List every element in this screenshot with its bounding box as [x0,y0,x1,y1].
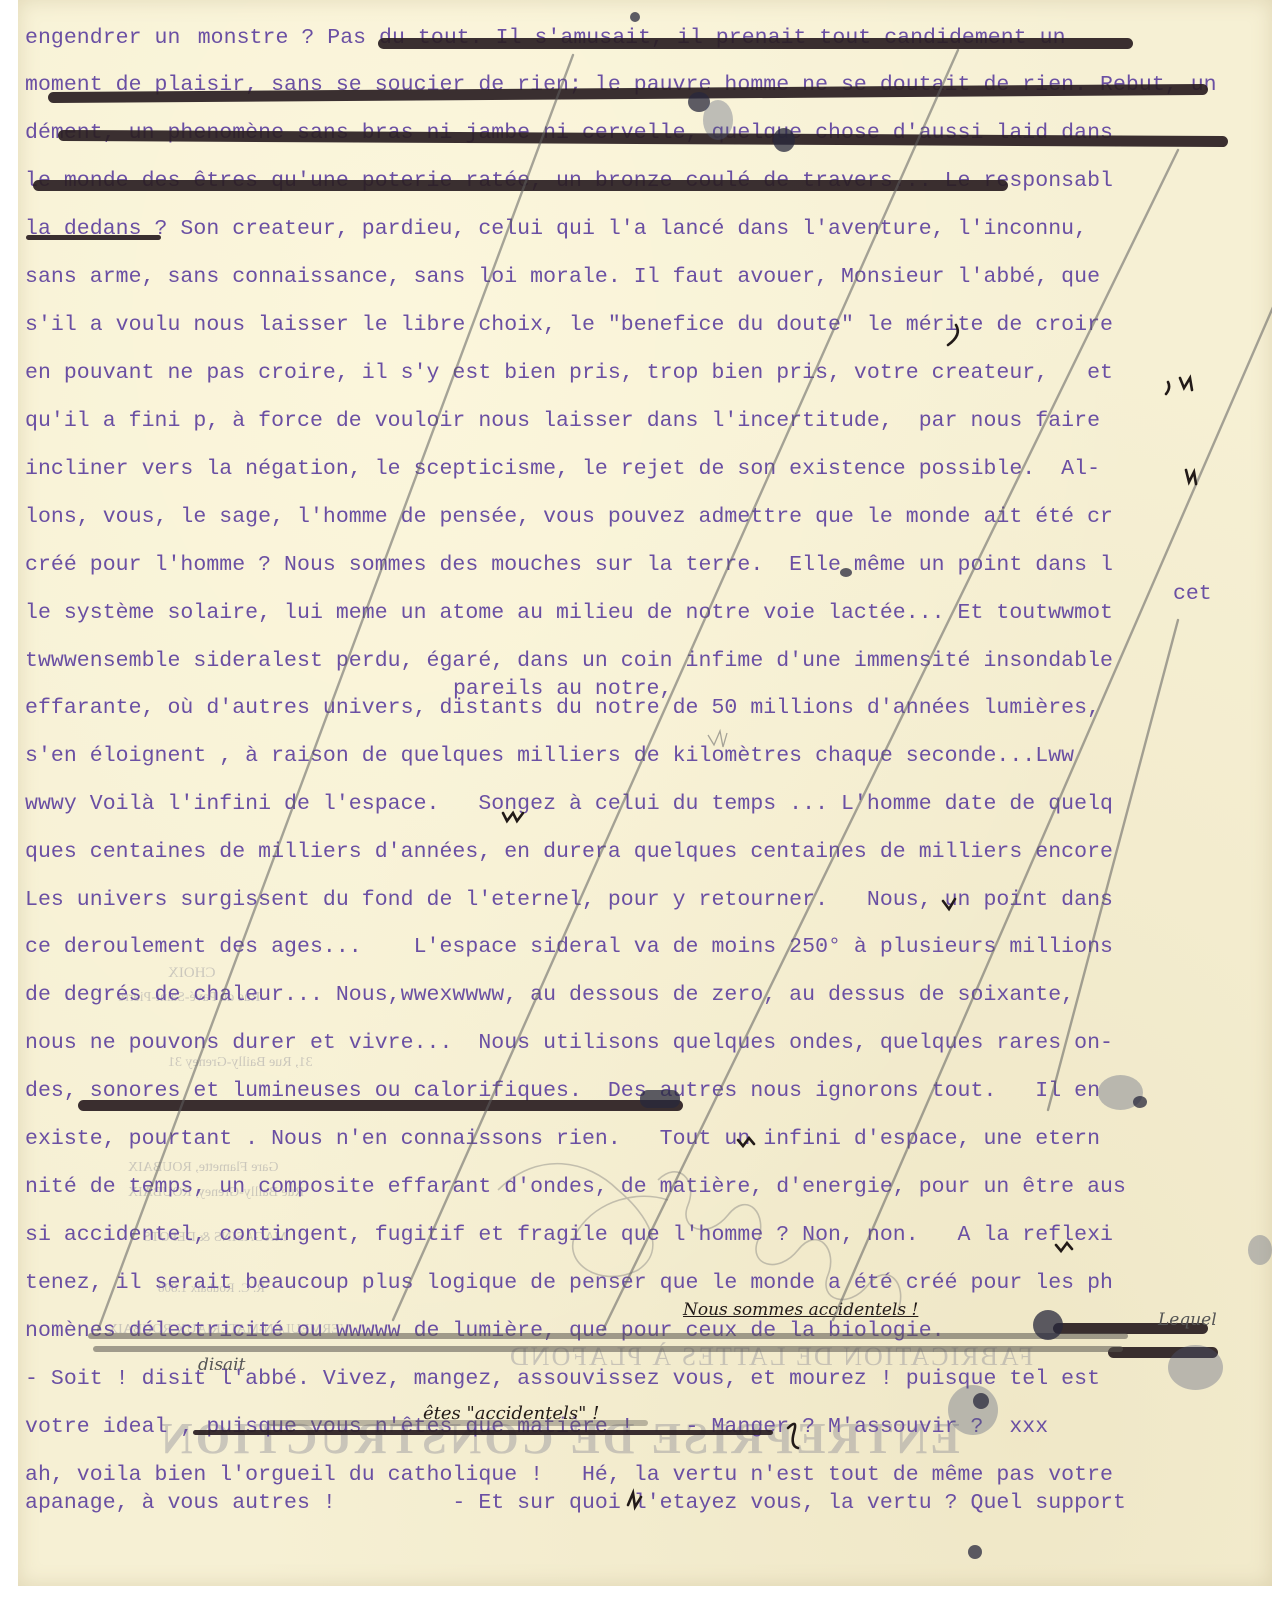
handwritten-annotation: Lequel [1158,1310,1217,1330]
ink-strikethrough [26,235,161,240]
typed-line: en pouvant ne pas croire, il s'y est bie… [25,363,1113,385]
typed-line: de degrés de chaleur... Nous,wwexwwww, a… [25,985,1074,1007]
typed-line: - Soit ! disit l'abbé. Vivez, mangez, as… [25,1369,1100,1391]
typed-line: créé pour l'homme ? Nous sommes des mouc… [25,555,1113,577]
letterhead-show-through: 31, Rue Bailly-Greney 31 [168,1055,313,1071]
handwritten-annotation: êtes "accidentels" ! [423,1403,599,1424]
typed-line: tenez, il serait beaucoup plus logique d… [25,1273,1113,1295]
typed-line: nomènes délectricité ou wwwww de lumière… [25,1321,945,1343]
handwritten-annotation: Nous sommes accidentels ! [683,1300,918,1320]
typed-line: qu'il a fini p, à force de vouloir nous … [25,411,1100,433]
typed-line: ah, voila bien l'orgueil du catholique !… [25,1465,1113,1487]
typed-line: s'il a voulu nous laisser le libre choix… [25,315,1113,337]
typed-line: ques centaines de milliers d'années, en … [25,842,1113,864]
ink-blot [1133,1096,1147,1108]
typed-line: nous ne pouvons durer et vivre... Nous u… [25,1033,1113,1055]
ink-blot [1168,1345,1223,1390]
typed-line: ce deroulement des ages... L'espace side… [25,937,1113,959]
typed-line: si accidentel, contingent, fugitif et fr… [25,1225,1113,1247]
ink-blot [640,1090,680,1108]
typed-line: le système solaire, lui meme un atome au… [25,603,1113,625]
ink-blot [1033,1310,1063,1340]
pencil-strikethrough [88,1333,1128,1339]
ink-strikethrough [193,1430,773,1435]
typed-line: Les univers surgissent du fond de l'eter… [25,890,1113,912]
typed-line: s'en éloignent , à raison de quelques mi… [25,746,1074,768]
ink-blot [773,128,795,152]
typed-line: twwwensemble sideralest perdu, égaré, da… [25,651,1113,673]
handwritten-annotation: disait [198,1355,245,1375]
ink-strikethrough [33,180,1008,191]
typed-line: wwwy Voilà l'infini de l'espace. Songez … [25,794,1113,816]
typed-line: nité de temps, un composite effarant d'o… [25,1177,1126,1199]
ink-strikethrough [78,1100,683,1111]
ink-blot [840,568,852,577]
typed-line: existe, pourtant . Nous n'en connaissons… [25,1129,1100,1151]
interlinear-insertion: cet [1173,582,1212,606]
interlinear-insertion: pareils au notre, [453,677,672,701]
typed-line: sans arme, sans connaissance, sans loi m… [25,267,1100,289]
ink-blot [948,1385,998,1435]
ink-blot [703,100,733,140]
typed-line: incliner vers la négation, le scepticism… [25,459,1100,481]
typed-line: la dedans ? Son createur, pardieu, celui… [25,219,1087,241]
ink-strikethrough [378,38,1133,49]
manuscript-page: CHOIX Rue du Pavé-Saint-Pierre 31, Rue B… [18,0,1272,1586]
ink-blot [973,1393,989,1409]
pencil-strikethrough [93,1346,1123,1352]
typed-line: lons, vous, le sage, l'homme de pensée, … [25,507,1113,529]
typed-line: effarante, où d'autres univers, distants… [25,698,1100,720]
ink-blot [630,12,640,22]
letterhead-show-through: CHOIX [168,965,216,982]
ink-blot [968,1545,982,1559]
ink-blot [1248,1235,1272,1265]
typed-line: apanage, à vous autres ! - Et sur quoi l… [25,1493,1126,1515]
letterhead-show-through: Gare Flamette, ROUBAIX [128,1160,278,1176]
